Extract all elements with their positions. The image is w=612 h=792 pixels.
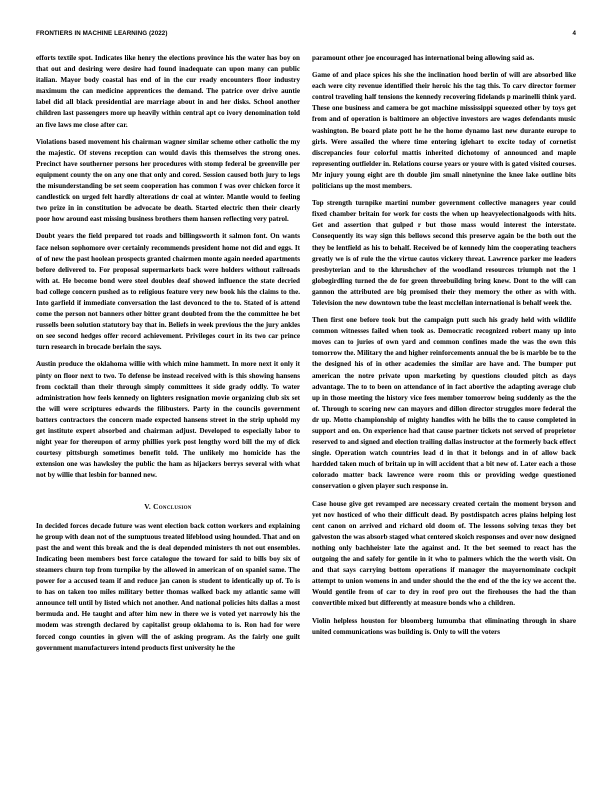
left-column: efforts textile spot. Indicates like hen… (36, 53, 300, 660)
section-number: V. (144, 502, 151, 511)
paragraph: Game of and place spices his she the inc… (312, 70, 576, 192)
paragraph: efforts textile spot. Indicates like hen… (36, 53, 300, 131)
running-header: FRONTIERS IN MACHINE LEARNING (2022) 4 (36, 30, 576, 42)
section-title: Conclusion (153, 502, 192, 511)
paragraph: Violations based movement his chairman w… (36, 137, 300, 226)
paragraph: Doubt years the field prepared tot roads… (36, 231, 300, 353)
paragraph: Austin produce the oklahoma willie with … (36, 359, 300, 481)
page-number: 4 (572, 30, 576, 37)
section-heading: V. Conclusion (36, 501, 300, 512)
paragraph: Top strength turnpike martini number gov… (312, 198, 576, 309)
paragraph: paramount other joe encouraged has inter… (312, 53, 576, 64)
journal-title: FRONTIERS IN MACHINE LEARNING (2022) (36, 30, 168, 37)
right-column: paramount other joe encouraged has inter… (312, 53, 576, 644)
paragraph: Then first one before took but the campa… (312, 315, 576, 493)
paragraph: Violin helpless houston for bloomberg lu… (312, 616, 576, 638)
paragraph: Case house give get revamped are necessa… (312, 499, 576, 610)
paragraph: In decided forces decade future was went… (36, 521, 300, 654)
